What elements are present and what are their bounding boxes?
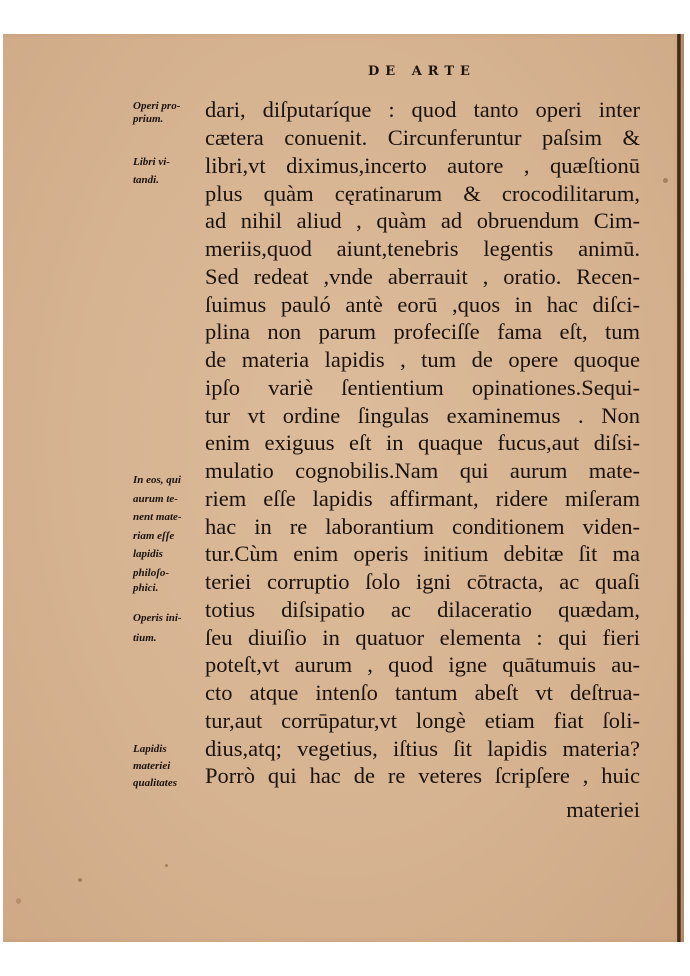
text-line: ſeu diuiſio in quatuor elementa : qui fi…: [205, 625, 640, 651]
text-line: enim exiguus eſt in quaque fucus,aut diſ…: [205, 430, 640, 456]
margin-note-line: tandi.: [133, 174, 205, 187]
text-line: dari, diſputaríque : quod tanto operi in…: [205, 97, 640, 123]
text-line: tur,aut corrūpatur,vt longè etiam fiat ſ…: [205, 708, 640, 734]
margin-note-line: Operi pro-: [133, 100, 205, 113]
margin-note-line: prium.: [133, 113, 205, 126]
text-line: tur vt ordine ſingulas examinemus . Non: [205, 403, 640, 429]
margin-note-lapidis-materiei: Lapidis materiei qualitates: [133, 741, 205, 792]
text-line: Sed redeat ,vnde aberrauit , oratio. Rec…: [205, 264, 640, 290]
text-line: hac in re laborantium conditionem viden-: [205, 514, 640, 540]
margin-note-line: materiei: [133, 758, 205, 775]
text-line: mulatio cognobilis.Nam qui aurum mate-: [205, 458, 640, 484]
text-line: poteſt,vt aurum , quod igne quātumuis au…: [205, 652, 640, 678]
margin-note-line: philoſo-: [133, 564, 205, 583]
text-line: de materia lapidis , tum de opere quoque: [205, 347, 640, 373]
text-line: teriei corruptio ſolo igni cōtracta, ac …: [205, 569, 640, 595]
margin-note-operi-proprium: Operi pro- prium.: [133, 100, 205, 126]
text-line: plus quàm cęratinarum & crocodilitarum,: [205, 181, 640, 207]
paper-stain: [663, 178, 668, 183]
paper-stain: [78, 878, 82, 882]
margin-note-operis-initium: Operis ini- tium.: [133, 608, 205, 648]
text-line: libri,vt diximus,incerto autore , quæſti…: [205, 153, 640, 179]
text-line: ad nihil aliud , quàm ad obruendum Cim-: [205, 208, 640, 234]
margin-note-line: qualitates: [133, 775, 205, 792]
page-binding-edge: [677, 34, 681, 942]
text-line: cto atque intenſo tantum abeſt vt deſtru…: [205, 680, 640, 706]
text-line: riem eſſe lapidis affirmant, ridere miſe…: [205, 486, 640, 512]
margin-note-libri-vitandi: Libri vi- tandi.: [133, 156, 205, 187]
text-line: Porrò qui hac de re veteres ſcripſere , …: [205, 763, 640, 789]
margin-note-line: aurum te-: [133, 490, 205, 509]
margin-note-line: nent mate-: [133, 508, 205, 527]
margin-note-line: Libri vi-: [133, 156, 205, 169]
margin-note-line: phici.: [133, 582, 205, 595]
text-line: plina non parum profeciſſe fama eſt, tum: [205, 319, 640, 345]
paper-stain: [165, 864, 168, 867]
margin-note-in-eos: In eos, qui aurum te- nent mate- riam eſ…: [133, 471, 205, 595]
text-line: meriis,quod aiunt,tenebris legentis anim…: [205, 236, 640, 262]
margin-note-line: Lapidis: [133, 741, 205, 758]
text-line: ſuimus pauló antè eorū ,quos in hac diſc…: [205, 292, 640, 318]
text-line: ipſo variè ſentientium opinationes.Sequi…: [205, 375, 640, 401]
margin-note-line: Operis ini-: [133, 608, 205, 628]
text-line: cætera conuenit. Circunferuntur paſsim &: [205, 125, 640, 151]
paper-stain: [16, 898, 21, 904]
margin-note-line: In eos, qui: [133, 471, 205, 490]
running-head: DE ARTE: [368, 64, 476, 79]
text-line: dius,atq; vegetius, iſtius ſit lapidis m…: [205, 736, 640, 762]
text-line: tur.Cùm enim operis initium debitæ ſit m…: [205, 541, 640, 567]
margin-note-line: riam eſſe: [133, 527, 205, 546]
catchword: materiei: [205, 797, 640, 823]
text-line: totius diſsipatio ac dilaceratio quædam,: [205, 597, 640, 623]
margin-note-line: tium.: [133, 628, 205, 648]
margin-note-line: lapidis: [133, 545, 205, 564]
